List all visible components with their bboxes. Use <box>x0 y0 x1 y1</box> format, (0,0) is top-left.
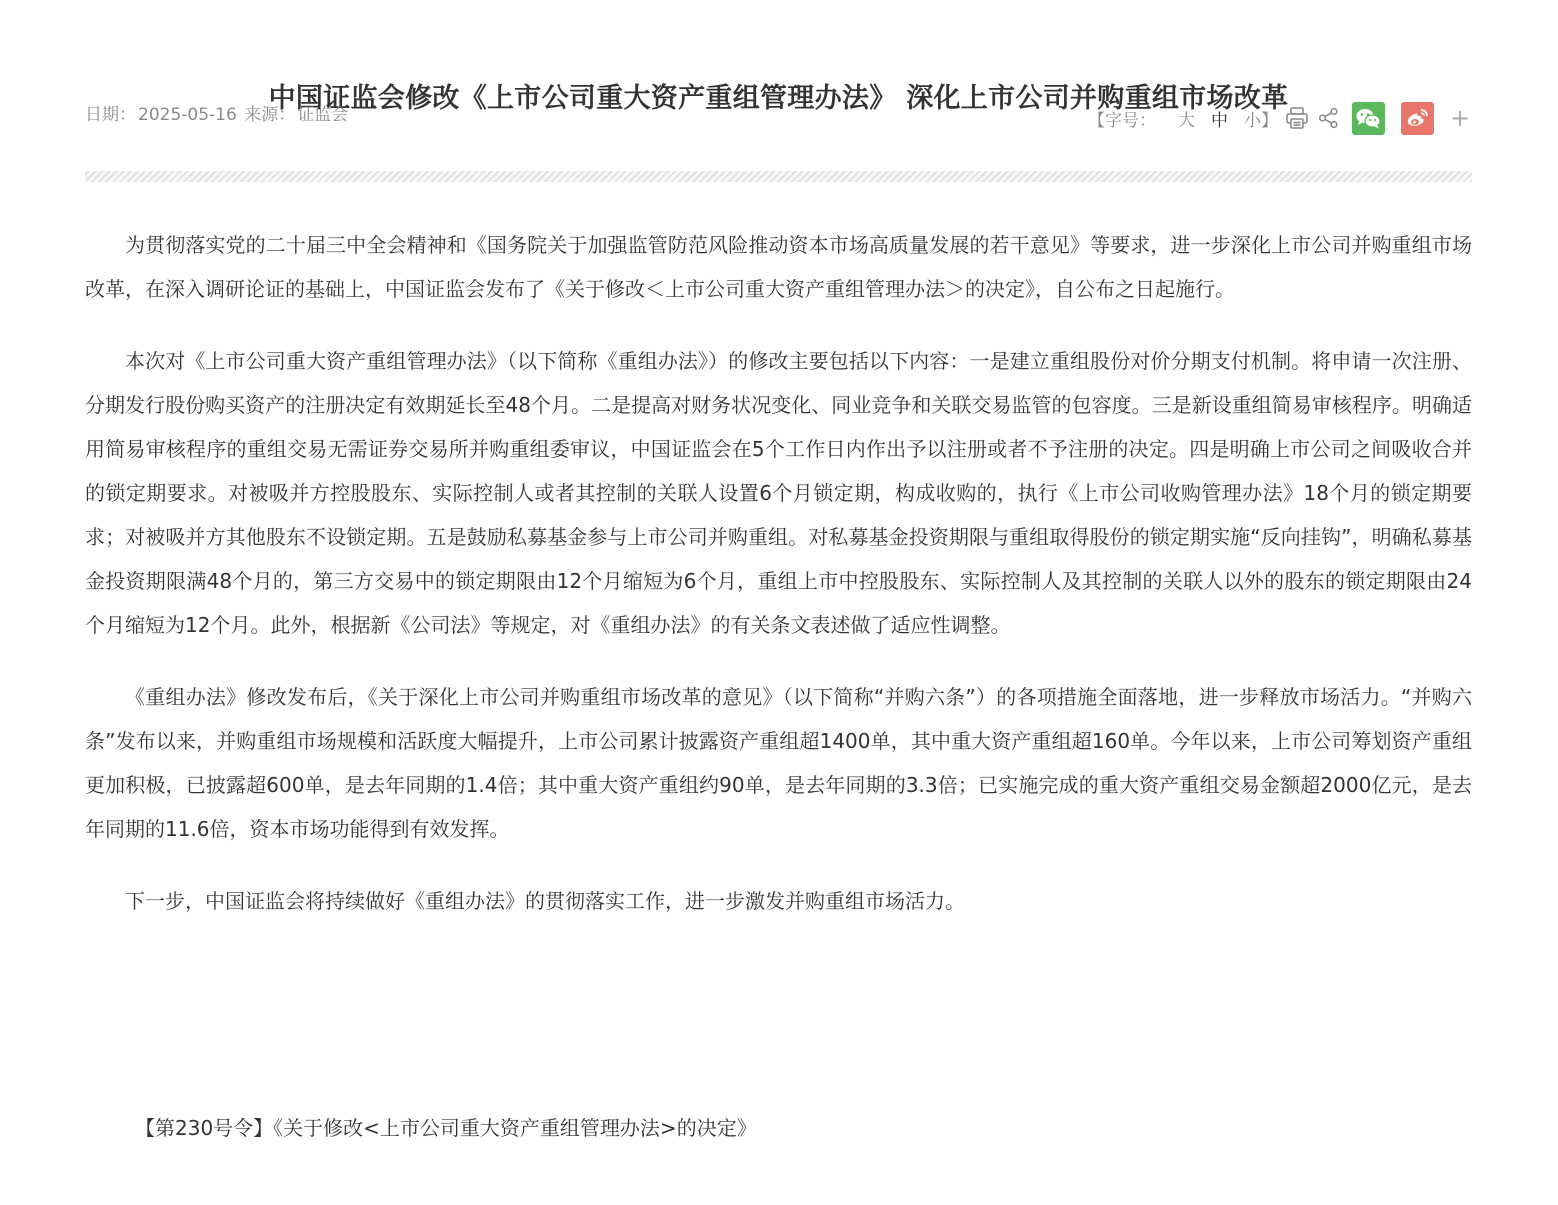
font-size-medium-button[interactable]: 中 <box>1211 106 1228 131</box>
paragraph: 为贯彻落实党的二十届三中全会精神和《国务院关于加强监管防范风险推动资本市场高质量… <box>85 223 1472 311</box>
plus-icon[interactable]: + <box>1450 108 1470 128</box>
wechat-icon[interactable] <box>1352 102 1385 135</box>
font-size-large-button[interactable]: 大 <box>1178 106 1195 131</box>
font-size-label: 【字号： <box>1088 106 1156 131</box>
font-size-small-button[interactable]: 小 <box>1244 106 1261 131</box>
article-body: 为贯彻落实党的二十届三中全会精神和《国务院关于加强监管防范风险推动资本市场高质量… <box>85 223 1472 951</box>
source-value: 证监会 <box>297 105 348 125</box>
paragraph: 《重组办法》修改发布后，《关于深化上市公司并购重组市场改革的意见》（以下简称“并… <box>85 675 1472 851</box>
font-size-bracket: 】 <box>1261 106 1278 131</box>
date-label: 日期： <box>85 105 136 125</box>
source-label: 来源： <box>244 105 295 125</box>
header-divider <box>85 171 1472 182</box>
paragraph: 本次对《上市公司重大资产重组管理办法》（以下简称《重组办法》）的修改主要包括以下… <box>85 339 1472 647</box>
attachment-link[interactable]: 【第230号令】《关于修改<上市公司重大资产重组管理办法>的决定》 <box>135 1108 757 1148</box>
share-icon[interactable] <box>1318 107 1340 129</box>
weibo-icon[interactable] <box>1401 102 1434 135</box>
paragraph: 下一步，中国证监会将持续做好《重组办法》的贯彻落实工作，进一步激发并购重组市场活… <box>85 879 1472 923</box>
article-meta: 日期：2025-05-16 来源：证监会 <box>85 103 350 127</box>
print-icon[interactable] <box>1284 105 1310 131</box>
article-toolbar: 【字号： 大 中 小 】 <box>1088 100 1472 136</box>
publish-date: 2025-05-16 <box>138 105 237 125</box>
